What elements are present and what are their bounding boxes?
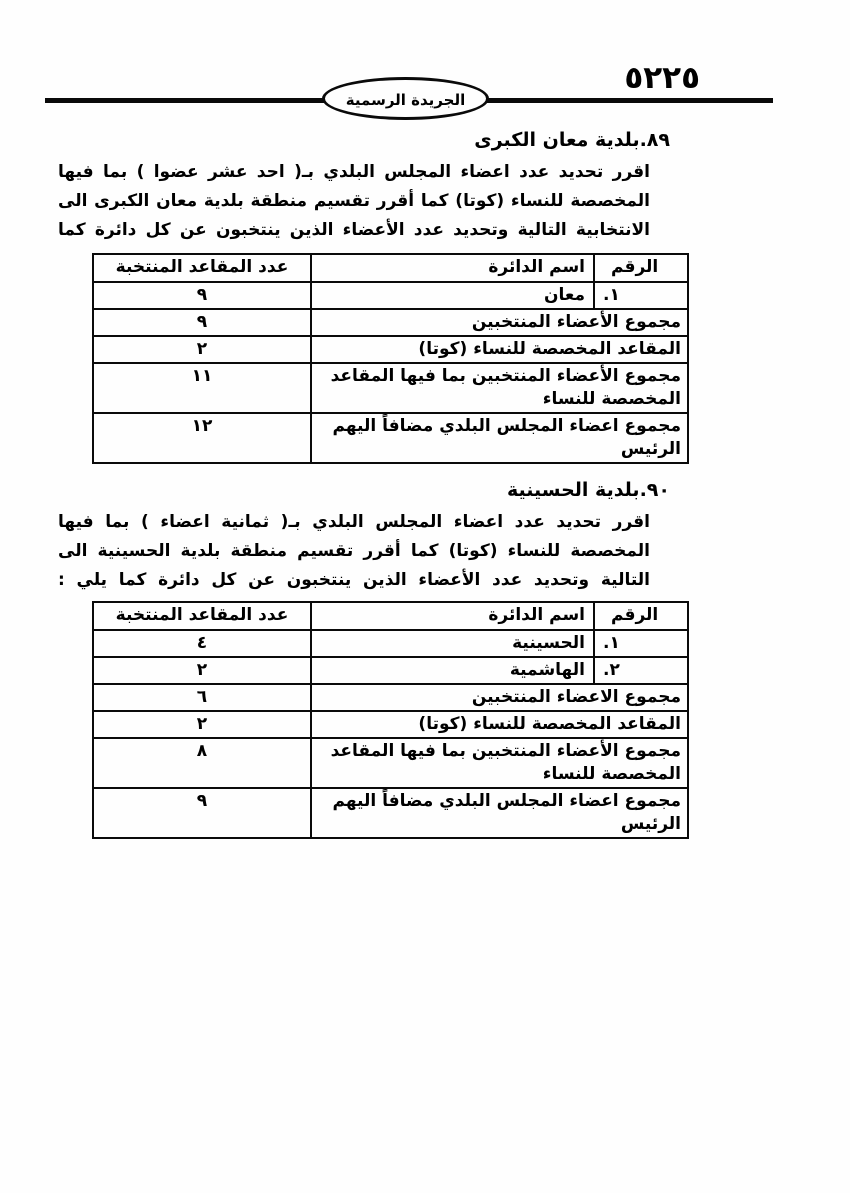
- row-number-cell: ٢.: [594, 657, 688, 684]
- section-90-table: الرقم اسم الدائرة عدد المقاعد المنتخبة ١…: [92, 601, 689, 839]
- section-89-paragraph: اقرر تحديد عدد اعضاء المجلس البلدي بـ( ا…: [58, 158, 650, 245]
- section-89-table: الرقم اسم الدائرة عدد المقاعد المنتخبة ١…: [92, 253, 689, 464]
- table-row: ١. الحسينية ٤: [93, 630, 688, 657]
- summary-label-cell: مجموع الأعضاء المنتخبين بما فيها المقاعد…: [311, 363, 688, 413]
- summary-value-cell: ٢: [93, 336, 311, 363]
- table-header-row: الرقم اسم الدائرة عدد المقاعد المنتخبة: [93, 254, 688, 282]
- column-header-district: اسم الدائرة: [311, 254, 594, 282]
- district-name-cell: معان: [311, 282, 594, 309]
- table-summary-row: المقاعد المخصصة للنساء (كوتا) ٢: [93, 336, 688, 363]
- gazette-banner-title: الجريدة الرسمية: [346, 89, 465, 109]
- row-number-cell: ١.: [594, 630, 688, 657]
- column-header-number: الرقم: [594, 602, 688, 630]
- column-header-seats: عدد المقاعد المنتخبة: [93, 254, 311, 282]
- column-header-number: الرقم: [594, 254, 688, 282]
- table-summary-row: مجموع اعضاء المجلس البلدي مضافاً اليهم ا…: [93, 413, 688, 463]
- paragraph-line: الانتخابية التالية وتحديد عدد الأعضاء ال…: [58, 216, 650, 245]
- district-name-cell: الهاشمية: [311, 657, 594, 684]
- table-summary-row: المقاعد المخصصة للنساء (كوتا) ٢: [93, 711, 688, 738]
- page-number: ٥٢٢٥: [624, 60, 700, 96]
- summary-label-cell: مجموع الاعضاء المنتخبين: [311, 684, 688, 711]
- summary-label-cell: مجموع الأعضاء المنتخبين بما فيها المقاعد…: [311, 738, 688, 788]
- summary-value-cell: ٩: [93, 309, 311, 336]
- column-header-district: اسم الدائرة: [311, 602, 594, 630]
- paragraph-line: المخصصة للنساء (كوتا) كما أقرر تقسيم منط…: [58, 537, 650, 566]
- summary-value-cell: ٦: [93, 684, 311, 711]
- summary-label-cell: مجموع اعضاء المجلس البلدي مضافاً اليهم ا…: [311, 788, 688, 838]
- paragraph-line: اقرر تحديد عدد اعضاء المجلس البلدي بـ( ا…: [58, 158, 650, 187]
- seat-count-cell: ٤: [93, 630, 311, 657]
- section-90-title: ٩٠.بلدية الحسينية: [507, 479, 670, 501]
- seat-count-cell: ٩: [93, 282, 311, 309]
- paragraph-line: اقرر تحديد عدد اعضاء المجلس البلدي بـ( ث…: [58, 508, 650, 537]
- paragraph-line: المخصصة للنساء (كوتا) كما أقرر تقسيم منط…: [58, 187, 650, 216]
- gazette-page: ٥٢٢٥ الجريدة الرسمية ٨٩.بلدية معان الكبر…: [0, 0, 850, 1193]
- table-summary-row: مجموع الاعضاء المنتخبين ٦: [93, 684, 688, 711]
- table-row: ١. معان ٩: [93, 282, 688, 309]
- table-summary-row: مجموع الأعضاء المنتخبين بما فيها المقاعد…: [93, 738, 688, 788]
- summary-value-cell: ١١: [93, 363, 311, 413]
- table-summary-row: مجموع الأعضاء المنتخبين بما فيها المقاعد…: [93, 363, 688, 413]
- summary-label-cell: مجموع اعضاء المجلس البلدي مضافاً اليهم ا…: [311, 413, 688, 463]
- summary-label-cell: المقاعد المخصصة للنساء (كوتا): [311, 336, 688, 363]
- row-number-cell: ١.: [594, 282, 688, 309]
- table-summary-row: مجموع الأعضاء المنتخبين ٩: [93, 309, 688, 336]
- paragraph-line: التالية وتحديد عدد الأعضاء الذين ينتخبون…: [58, 566, 650, 595]
- table-summary-row: مجموع اعضاء المجلس البلدي مضافاً اليهم ا…: [93, 788, 688, 838]
- summary-label-cell: المقاعد المخصصة للنساء (كوتا): [311, 711, 688, 738]
- summary-value-cell: ٨: [93, 738, 311, 788]
- summary-value-cell: ٢: [93, 711, 311, 738]
- seat-count-cell: ٢: [93, 657, 311, 684]
- table-header-row: الرقم اسم الدائرة عدد المقاعد المنتخبة: [93, 602, 688, 630]
- district-name-cell: الحسينية: [311, 630, 594, 657]
- table-row: ٢. الهاشمية ٢: [93, 657, 688, 684]
- summary-value-cell: ٩: [93, 788, 311, 838]
- section-89-title: ٨٩.بلدية معان الكبرى: [474, 129, 670, 151]
- summary-value-cell: ١٢: [93, 413, 311, 463]
- summary-label-cell: مجموع الأعضاء المنتخبين: [311, 309, 688, 336]
- column-header-seats: عدد المقاعد المنتخبة: [93, 602, 311, 630]
- section-90-paragraph: اقرر تحديد عدد اعضاء المجلس البلدي بـ( ث…: [58, 508, 650, 595]
- gazette-banner-ellipse: الجريدة الرسمية: [322, 77, 489, 120]
